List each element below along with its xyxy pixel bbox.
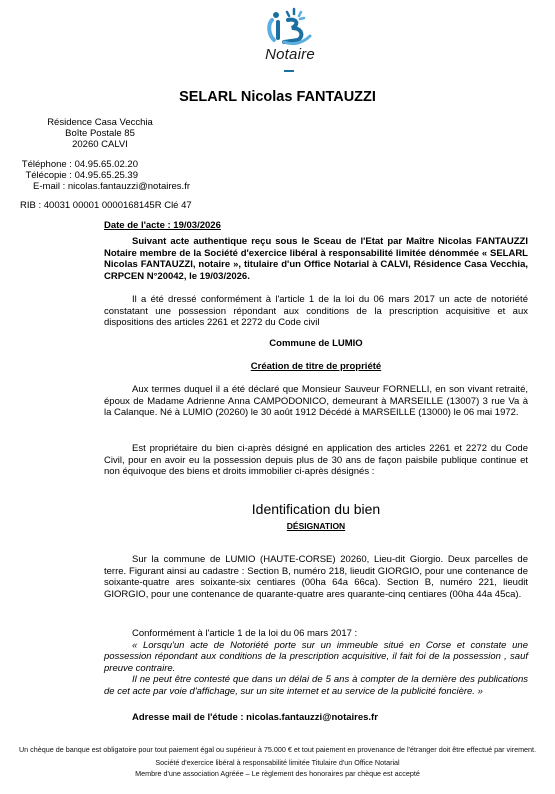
etude-email: Adresse mail de l'étude : nicolas.fantau… bbox=[104, 712, 528, 723]
telecopie-label: Télécopie : bbox=[25, 170, 71, 181]
telephone-row: Téléphone : 04.95.65.02.20 bbox=[0, 159, 190, 170]
footer-line-association: Membre d'une association Agréée – Le règ… bbox=[0, 769, 555, 779]
designation-heading: DÉSIGNATION bbox=[104, 521, 528, 531]
telecopie-value: 04.95.65.25.39 bbox=[75, 170, 138, 181]
office-address: Résidence Casa Vecchia Boîte Postale 85 … bbox=[20, 117, 180, 150]
commune-heading: Commune de LUMIO bbox=[104, 338, 528, 349]
email-link[interactable]: nicolas.fantauzzi@notaires.fr bbox=[68, 181, 190, 192]
creation-titre-heading: Création de titre de propriété bbox=[104, 361, 528, 372]
law-quote-2: Il ne peut être contesté que dans un dél… bbox=[104, 674, 528, 697]
rib: RIB : 40031 00001 0000168145R Clé 47 bbox=[20, 200, 192, 211]
conformement-text: Conformément à l'article 1 de la loi du … bbox=[104, 628, 528, 640]
legal-footer: Un chèque de banque est obligatoire pour… bbox=[0, 745, 555, 779]
proprietaire-text: Est propriétaire du bien ci-après désign… bbox=[104, 443, 528, 478]
acte-intro-text: Suivant acte authentique reçu sous le Sc… bbox=[104, 236, 528, 282]
telephone-label: Téléphone : bbox=[22, 159, 72, 170]
address-line: Résidence Casa Vecchia bbox=[20, 117, 180, 128]
logo-text: Notaire bbox=[250, 46, 330, 63]
declaration-paragraph: Aux termes duquel il a été déclaré que M… bbox=[104, 384, 528, 419]
conformement-paragraph: Conformément à l'article 1 de la loi du … bbox=[104, 628, 528, 698]
bien-description-text: Sur la commune de LUMIO (HAUTE-CORSE) 20… bbox=[104, 554, 528, 600]
footer-line-payment: Un chèque de banque est obligatoire pour… bbox=[0, 745, 555, 755]
date-acte: Date de l'acte : 19/03/2026 bbox=[104, 220, 221, 231]
notaire-emblem-icon bbox=[258, 6, 322, 48]
identification-heading: Identification du bien bbox=[104, 501, 528, 517]
email-row: E-mail : nicolas.fantauzzi@notaires.fr bbox=[0, 181, 190, 192]
telecopie-row: Télécopie : 04.95.65.25.39 bbox=[0, 170, 190, 181]
notoriete-paragraph: Il a été dressé conformément à l'article… bbox=[104, 294, 528, 329]
footer-line-company: Société d'exercice libéral à responsabil… bbox=[0, 758, 555, 768]
address-line: Boîte Postale 85 bbox=[20, 128, 180, 139]
acte-intro-paragraph: Suivant acte authentique reçu sous le Sc… bbox=[104, 236, 528, 282]
bien-description-paragraph: Sur la commune de LUMIO (HAUTE-CORSE) 20… bbox=[104, 554, 528, 600]
email-label: E-mail : bbox=[33, 181, 65, 192]
notaire-logo: Notaire bbox=[250, 6, 330, 72]
office-title: SELARL Nicolas FANTAUZZI bbox=[0, 89, 555, 105]
law-quote-1: « Lorsqu'un acte de Notoriété porte sur … bbox=[104, 640, 528, 675]
notoriete-text: Il a été dressé conformément à l'article… bbox=[104, 294, 528, 329]
address-line: 20260 CALVI bbox=[20, 139, 180, 150]
office-contacts: Téléphone : 04.95.65.02.20 Télécopie : 0… bbox=[0, 159, 190, 192]
declaration-text: Aux termes duquel il a été déclaré que M… bbox=[104, 384, 528, 419]
proprietaire-paragraph: Est propriétaire du bien ci-après désign… bbox=[104, 443, 528, 478]
telephone-value: 04.95.65.02.20 bbox=[75, 159, 138, 170]
logo-underline bbox=[284, 70, 294, 72]
